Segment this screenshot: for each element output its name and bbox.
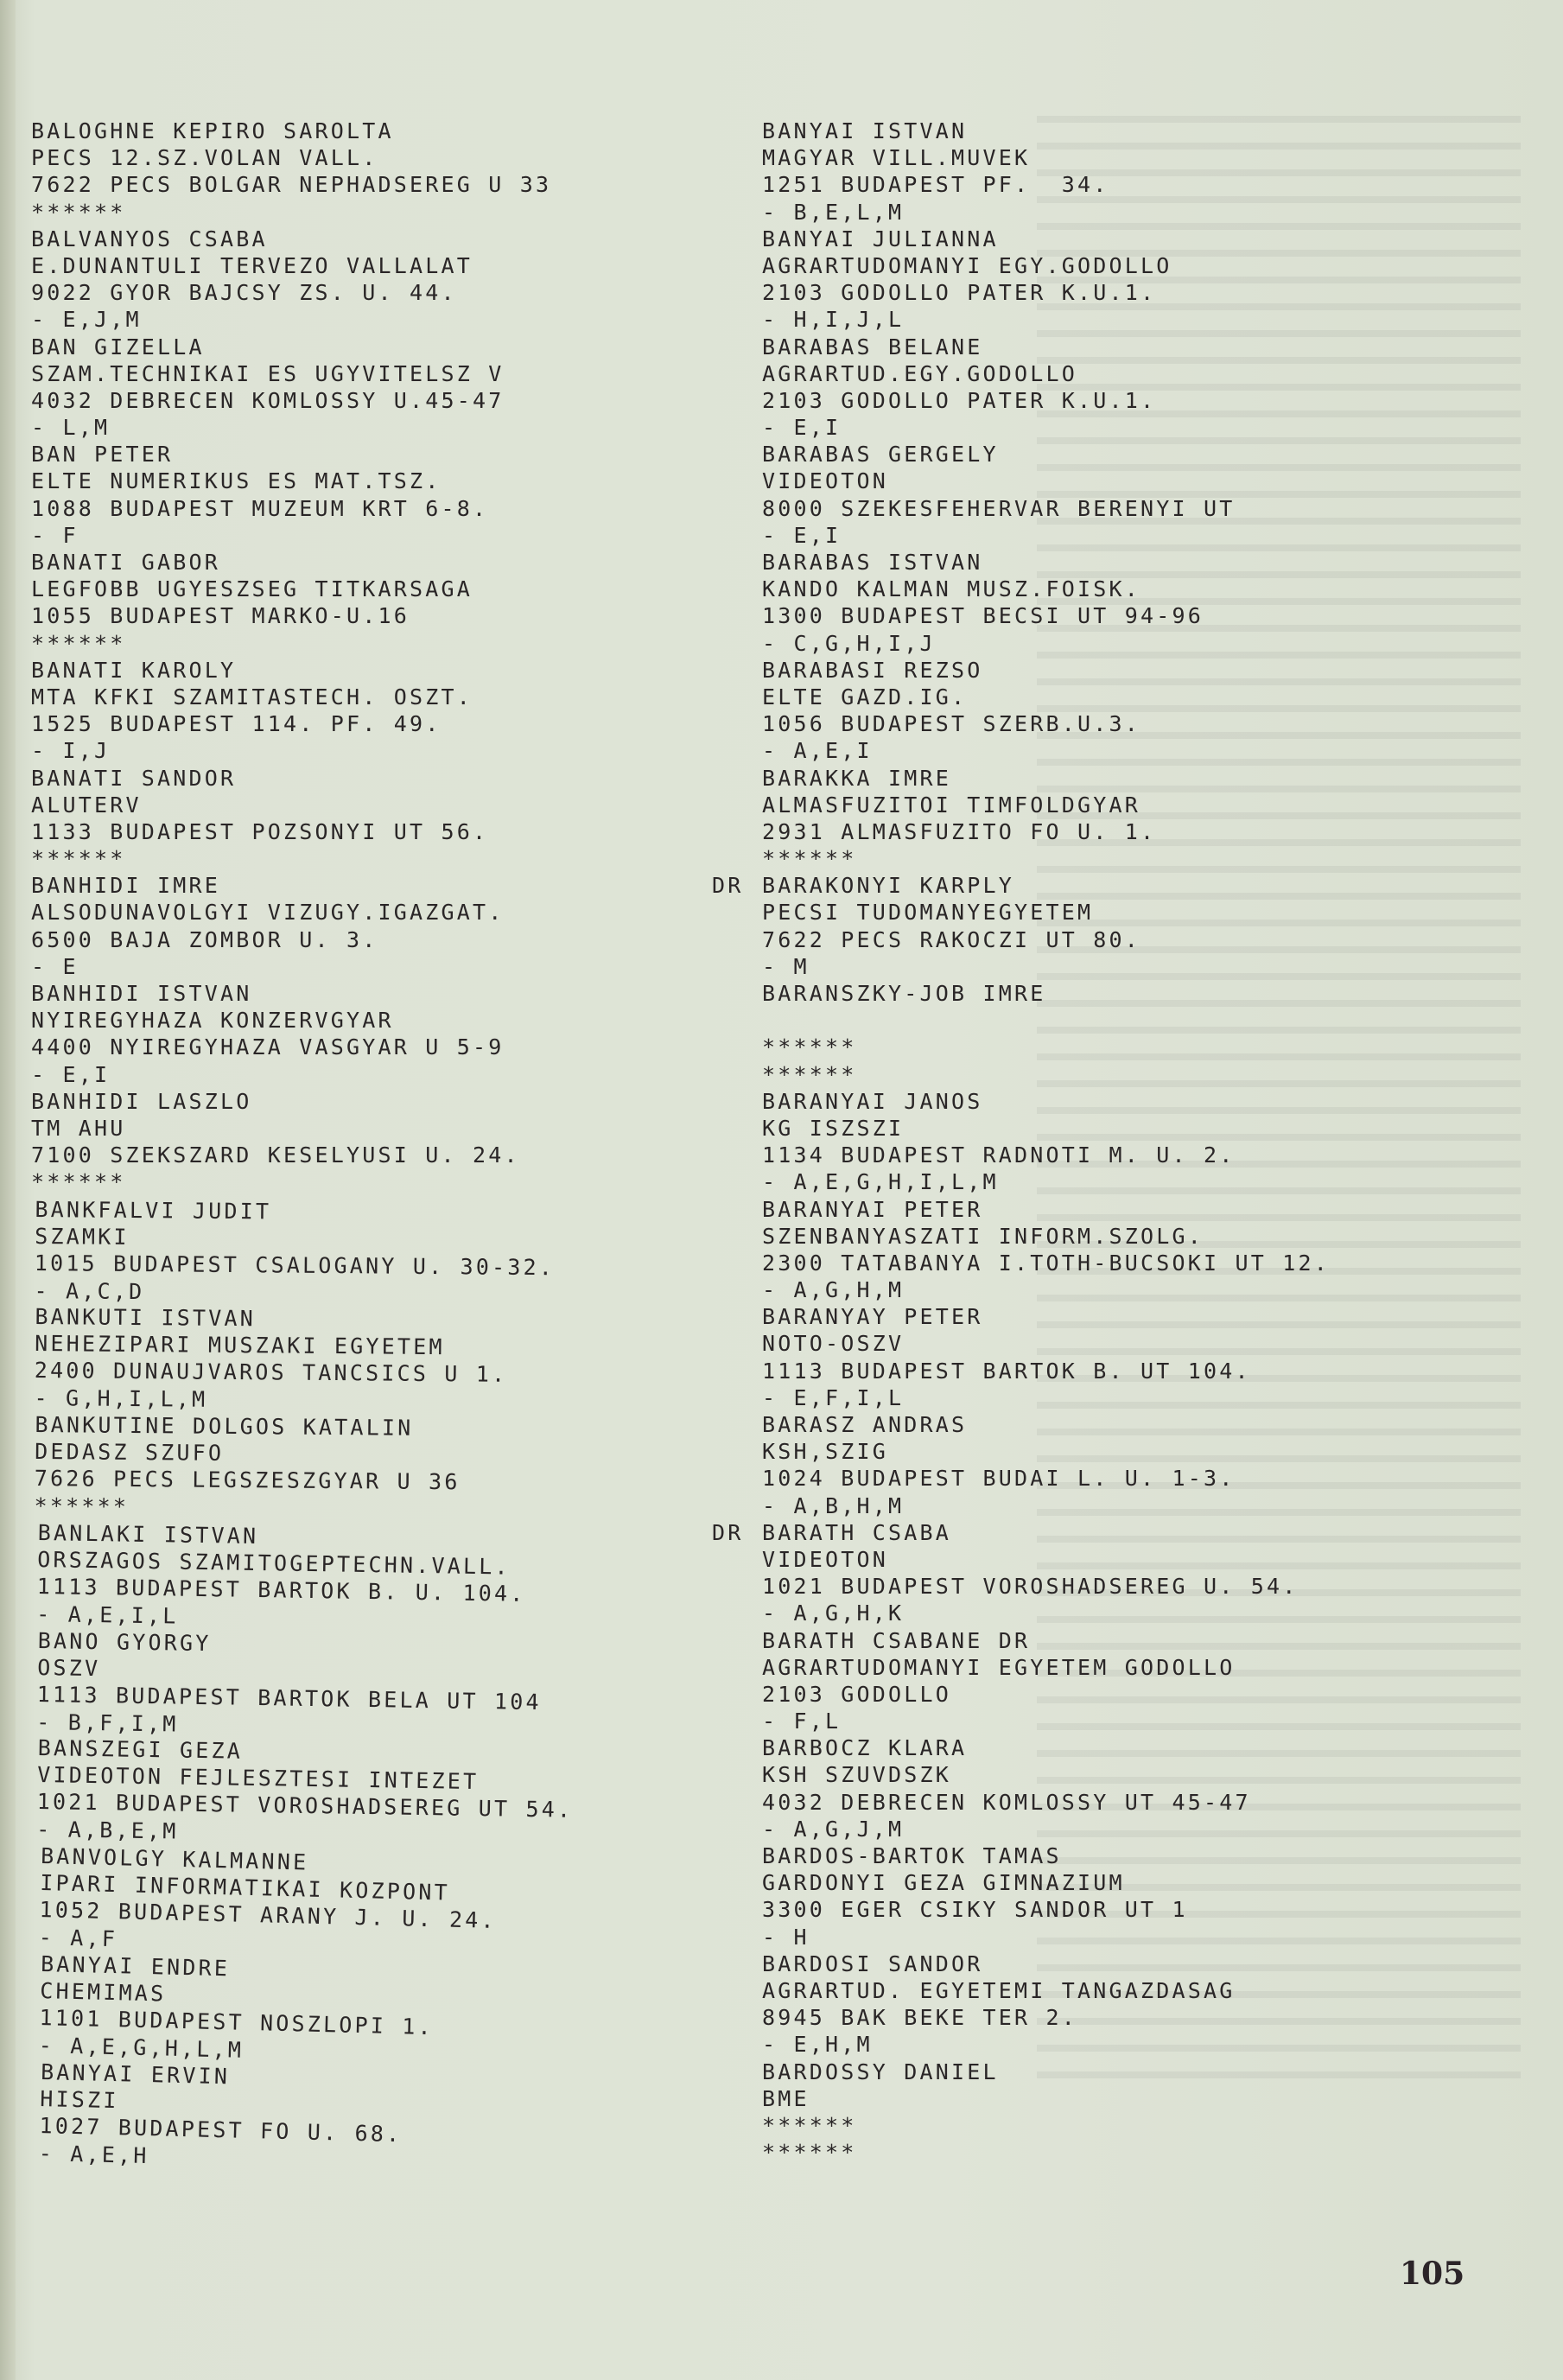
entry-organization: ELTE GAZD.IG. — [762, 684, 1330, 710]
directory-entry: BARDOSI SANDORAGRARTUD. EGYETEMI TANGAZD… — [762, 1950, 1330, 2059]
entry-codes: - A,E,G,H,I,L,M — [762, 1168, 1330, 1195]
entry-address: 4032 DEBRECEN KOMLOSSY U.45-47 — [31, 387, 568, 414]
entry-codes: - E,H,M — [762, 2031, 1330, 2058]
entry-name: BARDOS-BARTOK TAMAS — [762, 1842, 1330, 1869]
entry-codes: ****** — [31, 630, 568, 657]
entry-name: BARAKKA IMRE — [762, 765, 1330, 792]
entry-name: BARABAS ISTVAN — [762, 549, 1330, 576]
directory-entry: BANKUTINE DOLGOS KATALINDEDASZ SZUFO7626… — [34, 1411, 571, 1524]
directory-entry: BANYAI JULIANNAAGRARTUDOMANYI EGY.GODOLL… — [762, 226, 1330, 334]
entry-name: BANATI SANDOR — [31, 765, 568, 792]
entry-organization: AGRARTUDOMANYI EGYETEM GODOLLO — [762, 1654, 1330, 1681]
entry-codes: - E,I — [762, 414, 1330, 441]
entry-codes: - A,G,H,K — [762, 1600, 1330, 1626]
entry-name: BARDOSI SANDOR — [762, 1950, 1330, 1977]
directory-entry: BANO GYORGYOSZV1113 BUDAPEST BARTOK BELA… — [36, 1627, 574, 1743]
title-prefix: DR — [712, 1519, 744, 1546]
entry-organization: VIDEOTON — [762, 1546, 1330, 1573]
entry-name: BARANYAI JANOS — [762, 1088, 1330, 1115]
entry-codes: - E — [31, 953, 568, 980]
entry-address: 1055 BUDAPEST MARKO-U.16 — [31, 602, 568, 629]
entry-codes: - B,E,L,M — [762, 199, 1330, 226]
entry-name: BALOGHNE KEPIRO SAROLTA — [31, 118, 568, 144]
entry-name: BANHIDI ISTVAN — [31, 980, 568, 1007]
entry-address: 2400 DUNAUJVAROS TANCSICS U 1. — [35, 1358, 571, 1390]
entry-codes: - E,J,M — [31, 306, 568, 333]
entry-name: BANYAI JULIANNA — [762, 226, 1330, 252]
entry-codes: ****** — [762, 1061, 1330, 1088]
directory-entry: BARANYAI PETERSZENBANYASZATI INFORM.SZOL… — [762, 1196, 1330, 1304]
entry-organization: MTA KFKI SZAMITASTECH. OSZT. — [31, 684, 568, 710]
directory-entry: DRBARATH CSABAVIDEOTON1021 BUDAPEST VORO… — [762, 1519, 1330, 1627]
entry-codes: - H — [762, 1924, 1330, 1950]
entry-codes: - F — [31, 522, 568, 549]
entry-organization: GARDONYI GEZA GIMNAZIUM — [762, 1869, 1330, 1896]
entry-name: BARABAS BELANE — [762, 334, 1330, 360]
directory-entry: BANVOLGY KALMANNEIPARI INFORMATIKAI KOZP… — [38, 1842, 576, 1963]
entry-name: BARATH CSABANE DR — [762, 1627, 1330, 1654]
book-spine-shadow — [0, 0, 16, 2380]
entry-organization — [762, 1007, 1330, 1034]
entry-address: 7100 SZEKSZARD KESELYUSI U. 24. — [31, 1142, 568, 1168]
entry-address: 7622 PECS BOLGAR NEPHADSEREG U 33 — [31, 171, 568, 198]
entry-name: BARASZ ANDRAS — [762, 1411, 1330, 1438]
entry-organization: SZAM.TECHNIKAI ES UGYVITELSZ V — [31, 360, 568, 387]
entry-address: 7626 PECS LEGSZESZGYAR U 36 — [35, 1465, 571, 1497]
entry-codes: ****** — [762, 2139, 1330, 2166]
directory-entry: BANLAKI ISTVANORSZAGOS SZAMITOGEPTECHN.V… — [36, 1519, 574, 1635]
entry-name: BANYAI ISTVAN — [762, 118, 1330, 144]
entry-codes: - A,G,J,M — [762, 1816, 1330, 1842]
entry-codes: ****** — [762, 845, 1330, 872]
directory-entry: BANKFALVI JUDITSZAMKI1015 BUDAPEST CSALO… — [34, 1196, 571, 1308]
entry-address: 1134 BUDAPEST RADNOTI M. U. 2. — [762, 1142, 1330, 1168]
entry-name: BARAKONYI KARPLY — [762, 872, 1330, 899]
entry-name: BARBOCZ KLARA — [762, 1734, 1330, 1761]
entry-codes: ****** — [34, 1492, 570, 1524]
entry-codes: - H,I,J,L — [762, 306, 1330, 333]
entry-codes: - A,B,H,M — [762, 1492, 1330, 1519]
directory-entry: BARASZ ANDRASKSH,SZIG1024 BUDAPEST BUDAI… — [762, 1411, 1330, 1519]
entry-organization: AGRARTUD.EGY.GODOLLO — [762, 360, 1330, 387]
entry-address: 8000 SZEKESFEHERVAR BERENYI UT — [762, 495, 1330, 522]
entry-address: 9022 GYOR BAJCSY ZS. U. 44. — [31, 279, 568, 306]
entry-name: BARDOSSY DANIEL — [762, 2059, 1330, 2085]
entry-name: BAN GIZELLA — [31, 334, 568, 360]
right-column: BANYAI ISTVANMAGYAR VILL.MUVEK1251 BUDAP… — [762, 118, 1330, 2166]
directory-entry: BARANYAI JANOSKG ISZSZI1134 BUDAPEST RAD… — [762, 1088, 1330, 1196]
entry-name: BANHIDI LASZLO — [31, 1088, 568, 1115]
entry-address: 2103 GODOLLO PATER K.U.1. — [762, 387, 1330, 414]
entry-organization: NOTO-OSZV — [762, 1330, 1330, 1357]
entry-address: 6500 BAJA ZOMBOR U. 3. — [31, 926, 568, 953]
entry-organization: KANDO KALMAN MUSZ.FOISK. — [762, 576, 1330, 602]
entry-organization: PECSI TUDOMANYEGYETEM — [762, 899, 1330, 926]
entry-organization: KG ISZSZI — [762, 1115, 1330, 1142]
entry-name: BARANYAI PETER — [762, 1196, 1330, 1223]
entry-organization: KSH SZUVDSZK — [762, 1761, 1330, 1788]
entry-organization: MAGYAR VILL.MUVEK — [762, 144, 1330, 171]
entry-address: 1251 BUDAPEST PF. 34. — [762, 171, 1330, 198]
directory-page: BALOGHNE KEPIRO SAROLTAPECS 12.SZ.VOLAN … — [0, 0, 1563, 2380]
directory-entry: BARAKKA IMREALMASFUZITOI TIMFOLDGYAR2931… — [762, 765, 1330, 873]
entry-codes: - E,F,I,L — [762, 1384, 1330, 1411]
directory-entry: BANSZEGI GEZAVIDEOTON FEJLESZTESI INTEZE… — [36, 1734, 574, 1850]
entry-address: 4400 NYIREGYHAZA VASGYAR U 5-9 — [31, 1034, 568, 1060]
entry-address: 2103 GODOLLO PATER K.U.1. — [762, 279, 1330, 306]
entry-name: BARABAS GERGELY — [762, 441, 1330, 468]
entry-organization: VIDEOTON — [762, 468, 1330, 494]
directory-entry: BANHIDI IMREALSODUNAVOLGYI VIZUGY.IGAZGA… — [31, 872, 568, 980]
entry-organization: KSH,SZIG — [762, 1438, 1330, 1465]
entry-codes: - E,I — [31, 1061, 568, 1088]
entry-codes: - L,M — [31, 414, 568, 441]
entry-address: ****** — [762, 2112, 1330, 2139]
directory-entry: BANATI GABORLEGFOBB UGYESZSEG TITKARSAGA… — [31, 549, 568, 657]
entry-address: 1015 BUDAPEST CSALOGANY U. 30-32. — [35, 1250, 571, 1282]
entry-name: BANKFALVI JUDIT — [35, 1196, 571, 1228]
entry-name: BARABASI REZSO — [762, 657, 1330, 684]
entry-address: 1113 BUDAPEST BARTOK B. UT 104. — [762, 1358, 1330, 1384]
directory-entry: BARANSZKY-JOB IMRE************ — [762, 980, 1330, 1088]
directory-entry: BALVANYOS CSABAE.DUNANTULI TERVEZO VALLA… — [31, 226, 568, 334]
directory-entry: BAN GIZELLASZAM.TECHNIKAI ES UGYVITELSZ … — [31, 334, 568, 442]
entry-organization: ELTE NUMERIKUS ES MAT.TSZ. — [31, 468, 568, 494]
directory-entry: BARATH CSABANE DRAGRARTUDOMANYI EGYETEM … — [762, 1627, 1330, 1735]
directory-entry: BARDOSSY DANIELBME************ — [762, 2059, 1330, 2167]
entry-name: BAN PETER — [31, 441, 568, 468]
entry-codes: - I,J — [31, 737, 568, 764]
entry-name: BARANSZKY-JOB IMRE — [762, 980, 1330, 1007]
directory-entry: BANKUTI ISTVANNEHEZIPARI MUSZAKI EGYETEM… — [34, 1303, 571, 1416]
directory-entry: BARABASI REZSOELTE GAZD.IG.1056 BUDAPEST… — [762, 657, 1330, 765]
directory-entry: BARANYAY PETERNOTO-OSZV1113 BUDAPEST BAR… — [762, 1303, 1330, 1411]
directory-entry: BANATI SANDORALUTERV1133 BUDAPEST POZSON… — [31, 765, 568, 873]
directory-entry: BANHIDI ISTVANNYIREGYHAZA KONZERVGYAR440… — [31, 980, 568, 1088]
page-number: 105 — [1400, 2256, 1465, 2292]
entry-address: 2931 ALMASFUZITO FO U. 1. — [762, 818, 1330, 845]
entry-name: BANATI GABOR — [31, 549, 568, 576]
entry-address: 2300 TATABANYA I.TOTH-BUCSOKI UT 12. — [762, 1250, 1330, 1276]
entry-name: BANHIDI IMRE — [31, 872, 568, 899]
entry-organization: AGRARTUD. EGYETEMI TANGAZDASAG — [762, 1977, 1330, 2004]
entry-address: 1088 BUDAPEST MUZEUM KRT 6-8. — [31, 495, 568, 522]
entry-codes: ****** — [31, 1168, 568, 1195]
left-column: BALOGHNE KEPIRO SAROLTAPECS 12.SZ.VOLAN … — [31, 118, 568, 2166]
entry-codes: - M — [762, 953, 1330, 980]
entry-codes: - A,E,I — [762, 737, 1330, 764]
entry-address: 1021 BUDAPEST VOROSHADSEREG U. 54. — [762, 1573, 1330, 1600]
directory-entry: BARABAS GERGELYVIDEOTON8000 SZEKESFEHERV… — [762, 441, 1330, 549]
entry-name: BARANYAY PETER — [762, 1303, 1330, 1330]
directory-entry: BARBOCZ KLARAKSH SZUVDSZK4032 DEBRECEN K… — [762, 1734, 1330, 1842]
entry-organization: E.DUNANTULI TERVEZO VALLALAT — [31, 252, 568, 279]
entry-organization: SZENBANYASZATI INFORM.SZOLG. — [762, 1223, 1330, 1250]
entry-organization: AGRARTUDOMANYI EGY.GODOLLO — [762, 252, 1330, 279]
entry-organization: ALUTERV — [31, 792, 568, 818]
entry-organization: ALSODUNAVOLGYI VIZUGY.IGAZGAT. — [31, 899, 568, 926]
entry-codes: - A,G,H,M — [762, 1276, 1330, 1303]
entry-organization: BME — [762, 2085, 1330, 2112]
entry-codes: - C,G,H,I,J — [762, 630, 1330, 657]
entry-organization: ALMASFUZITOI TIMFOLDGYAR — [762, 792, 1330, 818]
entry-address: 1133 BUDAPEST POZSONYI UT 56. — [31, 818, 568, 845]
directory-entry: BANYAI ISTVANMAGYAR VILL.MUVEK1251 BUDAP… — [762, 118, 1330, 226]
directory-entry: BANYAI ENDRECHEMIMAS1101 BUDAPEST NOSZLO… — [38, 1950, 576, 2071]
entry-codes: - F,L — [762, 1708, 1330, 1734]
entry-organization: LEGFOBB UGYESZSEG TITKARSAGA — [31, 576, 568, 602]
entry-organization: TM AHU — [31, 1115, 568, 1142]
directory-entry: BARABAS ISTVANKANDO KALMAN MUSZ.FOISK.13… — [762, 549, 1330, 657]
entry-address: 2103 GODOLLO — [762, 1681, 1330, 1708]
entry-codes: ****** — [31, 845, 568, 872]
directory-entry: BARDOS-BARTOK TAMASGARDONYI GEZA GIMNAZI… — [762, 1842, 1330, 1950]
entry-address: 1024 BUDAPEST BUDAI L. U. 1-3. — [762, 1465, 1330, 1492]
title-prefix: DR — [712, 872, 744, 899]
entry-address: 3300 EGER CSIKY SANDOR UT 1 — [762, 1896, 1330, 1923]
entry-organization: SZAMKI — [35, 1223, 571, 1255]
entry-address: ****** — [762, 1034, 1330, 1060]
entry-codes: - E,I — [762, 522, 1330, 549]
entry-address: 1056 BUDAPEST SZERB.U.3. — [762, 710, 1330, 737]
entry-organization: PECS 12.SZ.VOLAN VALL. — [31, 144, 568, 171]
entry-address: 1300 BUDAPEST BECSI UT 94-96 — [762, 602, 1330, 629]
entry-address: 8945 BAK BEKE TER 2. — [762, 2004, 1330, 2031]
entry-address: 1525 BUDAPEST 114. PF. 49. — [31, 710, 568, 737]
directory-entry: BANATI KAROLYMTA KFKI SZAMITASTECH. OSZT… — [31, 657, 568, 765]
directory-entry: BANYAI ERVINHISZI1027 BUDAPEST FO U. 68.… — [38, 2059, 576, 2180]
directory-entry: BANHIDI LASZLOTM AHU7100 SZEKSZARD KESEL… — [31, 1088, 568, 1196]
directory-entry: BARABAS BELANEAGRARTUD.EGY.GODOLLO2103 G… — [762, 334, 1330, 442]
entry-address: 4032 DEBRECEN KOMLOSSY UT 45-47 — [762, 1789, 1330, 1816]
entry-name: BARATH CSABA — [762, 1519, 1330, 1546]
directory-entry: BALOGHNE KEPIRO SAROLTAPECS 12.SZ.VOLAN … — [31, 118, 568, 226]
entry-codes: ****** — [31, 199, 568, 226]
entry-address: 7622 PECS RAKOCZI UT 80. — [762, 926, 1330, 953]
entry-name: BANATI KAROLY — [31, 657, 568, 684]
entry-organization: NYIREGYHAZA KONZERVGYAR — [31, 1007, 568, 1034]
directory-entry: BAN PETERELTE NUMERIKUS ES MAT.TSZ.1088 … — [31, 441, 568, 549]
entry-name: BALVANYOS CSABA — [31, 226, 568, 252]
directory-entry: DRBARAKONYI KARPLYPECSI TUDOMANYEGYETEM7… — [762, 872, 1330, 980]
